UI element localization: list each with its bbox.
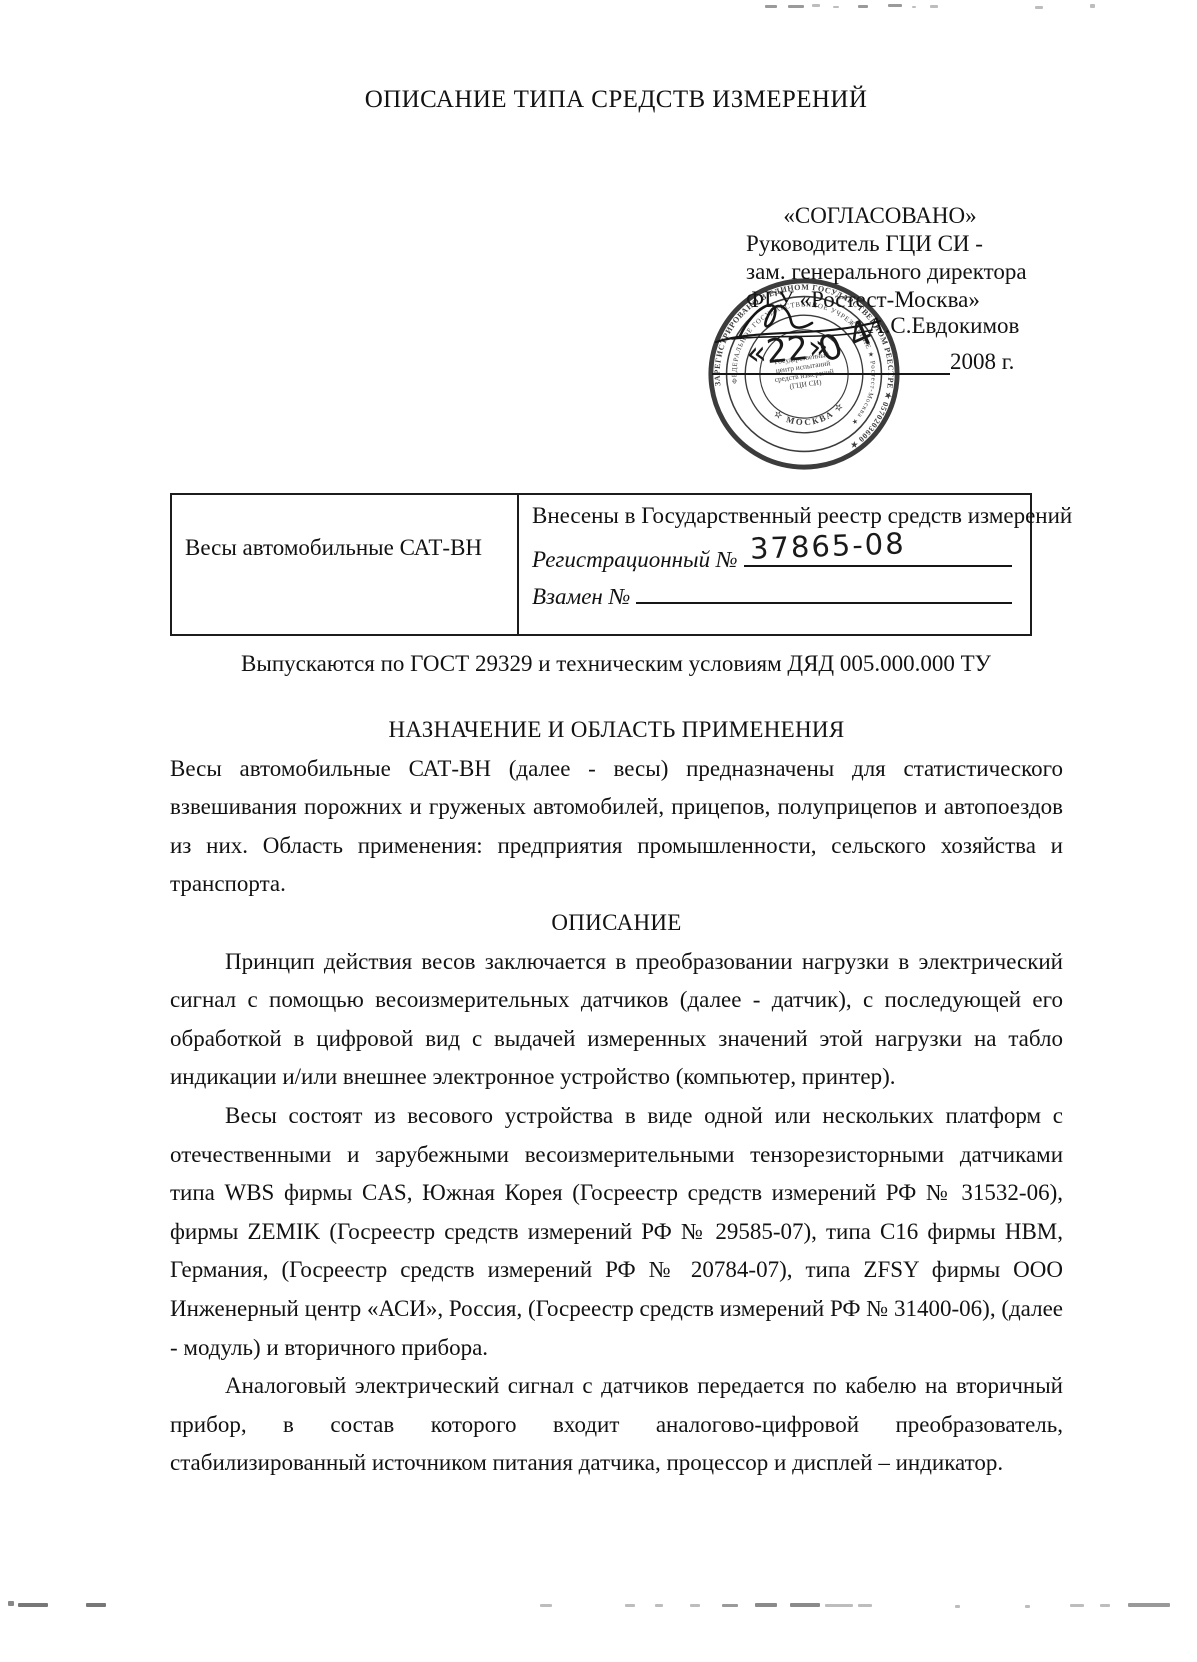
document-page: ОПИСАНИЕ ТИПА СРЕДСТВ ИЗМЕРЕНИЙ «СОГЛАСО… [0, 0, 1197, 1662]
approval-quote: «СОГЛАСОВАНО» [745, 203, 1015, 229]
scan-artifact [858, 1604, 872, 1607]
scan-artifact [858, 5, 868, 8]
document-body: НАЗНАЧЕНИЕ И ОБЛАСТЬ ПРИМЕНЕНИЯ Весы авт… [170, 711, 1063, 1483]
scan-artifact [755, 1603, 777, 1607]
registry-entry-cell: Внесены в Государственный реестр средств… [519, 495, 1030, 634]
purpose-paragraph: Весы автомобильные САТ-ВН (далее - весы)… [170, 750, 1063, 904]
handwritten-registration-number: 37865-08 [749, 526, 906, 565]
replaces-number-row: Взамен № [532, 574, 1012, 610]
scan-artifact [18, 1603, 48, 1607]
scan-artifact [625, 1604, 635, 1607]
registry-table: Весы автомобильные САТ-ВН Внесены в Госу… [170, 493, 1032, 636]
scan-artifact [1090, 4, 1095, 8]
approval-role-line: Руководитель ГЦИ СИ - [746, 231, 983, 257]
date-blank-line [712, 373, 950, 375]
scan-artifact [722, 1604, 738, 1607]
scan-artifact [1128, 1603, 1170, 1607]
scan-artifact [1025, 1605, 1030, 1608]
approval-year: 2008 г. [950, 349, 1014, 375]
description-paragraph: Принцип действия весов заключается в пре… [170, 943, 1063, 1097]
description-paragraph: Аналоговый электрический сигнал с датчик… [170, 1367, 1063, 1483]
scan-artifact [1035, 6, 1043, 9]
stamp-city-text: ☆ МОСКВА ☆ [771, 399, 848, 432]
issued-per-gost-line: Выпускаются по ГОСТ 29329 и техническим … [152, 651, 1080, 677]
document-title: ОПИСАНИЕ ТИПА СРЕДСТВ ИЗМЕРЕНИЙ [152, 86, 1080, 114]
replaces-number-label: Взамен № [532, 584, 630, 610]
description-section-heading: ОПИСАНИЕ [170, 904, 1063, 943]
signer-name: А.С.Евдокимов [868, 313, 1019, 339]
scan-artifact [912, 6, 916, 8]
scan-artifact [790, 1603, 820, 1607]
description-paragraph: Весы состоят из весового устройства в ви… [170, 1097, 1063, 1367]
scan-artifact [86, 1603, 106, 1607]
scan-artifact [765, 5, 777, 8]
scan-artifact [1100, 1604, 1110, 1607]
registry-entry-line: Внесены в Государственный реестр средств… [532, 503, 1072, 529]
scan-artifact [1070, 1604, 1084, 1607]
scan-artifact [8, 1601, 14, 1606]
svg-text:☆ МОСКВА ☆: ☆ МОСКВА ☆ [771, 399, 848, 432]
scan-artifact [690, 1604, 700, 1607]
scan-artifact [788, 5, 804, 8]
registration-number-row: Регистрационный № 37865-08 [532, 537, 1012, 573]
scan-artifact [825, 1604, 853, 1607]
scan-artifact [655, 1604, 663, 1607]
purpose-section-heading: НАЗНАЧЕНИЕ И ОБЛАСТЬ ПРИМЕНЕНИЯ [170, 711, 1063, 750]
replaces-number-line [636, 574, 1012, 604]
instrument-name-cell: Весы автомобильные САТ-ВН [172, 495, 519, 634]
registration-number-line: 37865-08 [744, 537, 1012, 567]
scan-artifact [833, 6, 839, 8]
scan-artifact [812, 4, 820, 7]
scan-artifact [540, 1604, 552, 1607]
scan-artifact [888, 4, 902, 7]
instrument-name: Весы автомобильные САТ-ВН [185, 535, 482, 561]
scan-artifact [930, 5, 938, 8]
registration-number-label: Регистрационный № [532, 547, 738, 573]
scan-artifact [955, 1605, 960, 1608]
